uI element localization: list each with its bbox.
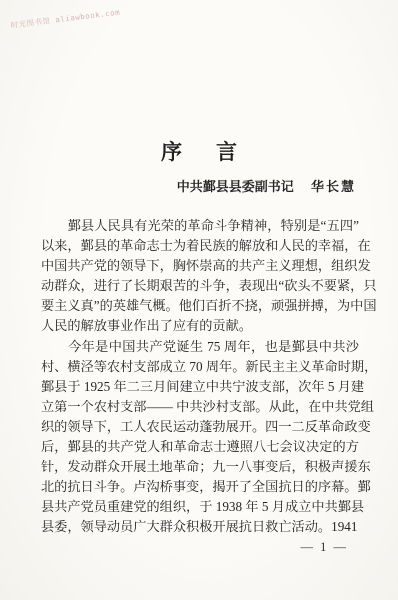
body-line: 人民的解放事业作出了应有的贡献。	[41, 316, 359, 336]
body-line: 鄞县人民具有光荣的革命斗争精神，特别是“五四”	[41, 216, 359, 236]
body-line: 以来，鄞县的革命志士为着民族的解放和人民的幸福，在	[41, 236, 359, 256]
preface-body: 鄞县人民具有光荣的革命斗争精神，特别是“五四”以来，鄞县的革命志士为着民族的解放…	[41, 216, 359, 538]
body-line: 要主义真”的英雄气概。他们百折不挠，顽强拼搏，为中国	[41, 296, 359, 316]
byline-author-name: 华长慧	[311, 179, 356, 194]
byline-role: 中共鄞县县委副书记	[177, 179, 294, 194]
body-line: 立第一个农村支部—— 中共沙村支部。从此，在中共党组	[41, 397, 359, 417]
body-line: 今年是中国共产党诞生 75 周年，也是鄞县中共沙	[41, 337, 359, 357]
page-number: — 1 —	[301, 540, 349, 555]
body-line: 村、横泾等农村支部成立 70 周年。新民主主义革命时期，	[41, 357, 359, 377]
body-line: 针，发动群众开展土地革命；九一八事变后，积极声援东	[41, 457, 359, 477]
body-line: 织的领导下，工人农民运动蓬勃展开。四一二反革命政变	[41, 417, 359, 437]
body-line: 县共产党员重建党的组织，于 1938 年 5 月成立中共鄞县	[41, 497, 359, 517]
page-title: 序言	[0, 136, 398, 166]
body-line: 北的抗日斗争。卢沟桥事变，揭开了全国抗日的序幕。鄞	[41, 477, 359, 497]
body-line: 中国共产党的领导下，胸怀崇高的共产主义理想，组织发	[41, 256, 359, 276]
body-line: 动群众，进行了长期艰苦的斗争，表现出“砍头不要紧，只	[41, 276, 359, 296]
body-line: 鄞县于 1925 年二三月间建立中共宁波支部，次年 5 月建	[41, 377, 359, 397]
body-line: 后，鄞县的共产党人和革命志士遵照八七会议决定的方	[41, 437, 359, 457]
watermark-text: 时光图书馆 aliawbook.com	[10, 7, 121, 31]
byline: 中共鄞县县委副书记 华长慧	[177, 176, 356, 195]
body-line: 县委，领导动员广大群众积极开展抗日救亡活动。1941	[41, 517, 359, 537]
book-page: 时光图书馆 aliawbook.com 序言 中共鄞县县委副书记 华长慧 鄞县人…	[0, 0, 398, 600]
